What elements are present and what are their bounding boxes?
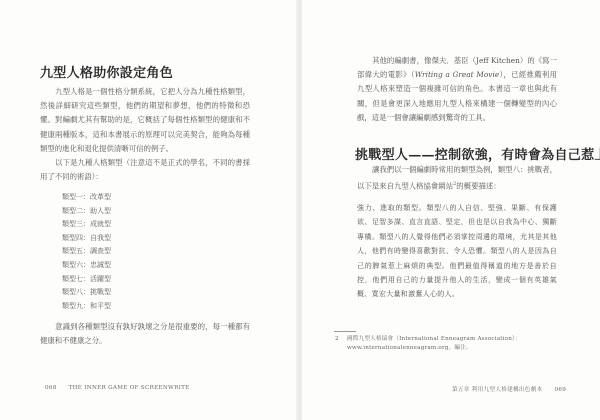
section-heading: 挑戰型人——控制欲強，有時會為自己惹上麻煩 [355, 144, 600, 163]
paragraph: 意識到各種類型沒有孰好孰壞之分是很重要的，每一種都有健康和不健康之分。 [40, 320, 250, 348]
paragraph: 讓我們以一個編劇時常用的類型為例，類型八：挑戰者，以下是來自九型人格協會網站2的… [357, 163, 557, 194]
list-item: 類型八：挑戰型 [62, 286, 111, 300]
book-title: Writing a Great Movie [415, 70, 499, 79]
chapter-title: 第五章 利用九型人格建構出色劇本 [452, 387, 543, 393]
section-heading: 九型人格助你設定角色 [40, 62, 173, 81]
list-item: 類型七：活躍型 [62, 273, 111, 287]
list-item: 類型三：成就型 [62, 218, 111, 232]
page-number: 068 [45, 385, 57, 391]
right-page: 其他的編劇書，像傑夫．基臣（Jeff Kitchen）的《寫一部偉大的電影》（W… [302, 0, 600, 420]
list-item: 類型九：和平型 [62, 300, 111, 314]
paragraph: 九型人格是一個性格分類系統，它把人分為九種性格類型，然後詳細研究這些類型，他們的… [40, 85, 250, 156]
block-quote: 強力、進取的類型。類型八的人自信、堅強、果斷、有保護欲、足智多謀、直言直語、堅定… [357, 201, 557, 302]
list-item: 類型五：調查型 [62, 245, 111, 259]
paragraph: 以下是九種人格類型（注意這不是正式的學名，不同的書採用了不同的術語）： [40, 156, 250, 184]
list-item: 類型二：助人型 [62, 205, 111, 219]
page-number: 069 [555, 387, 567, 393]
page-footer: 068THE INNER GAME OF SCREENWRITE [45, 385, 190, 391]
footnote-number: 2 [335, 335, 339, 344]
running-title: THE INNER GAME OF SCREENWRITE [69, 385, 190, 391]
list-item: 類型一：改革型 [62, 191, 111, 205]
list-item: 類型四：自我型 [62, 232, 111, 246]
footnote: 2 國際九型人格協會（International Enneagram Assoc… [347, 335, 547, 352]
left-page: 九型人格助你設定角色 九型人格是一個性格分類系統，它把人分為九種性格類型，然後詳… [0, 0, 298, 420]
footnote-divider [334, 331, 356, 332]
type-list: 類型一：改革型 類型二：助人型 類型三：成就型 類型四：自我型 類型五：調查型 … [62, 191, 111, 313]
page-footer: 第五章 利用九型人格建構出色劇本069 [452, 385, 566, 393]
list-item: 類型六：忠誠型 [62, 259, 111, 273]
paragraph: 其他的編劇書，像傑夫．基臣（Jeff Kitchen）的《寫一部偉大的電影》（W… [357, 54, 557, 125]
